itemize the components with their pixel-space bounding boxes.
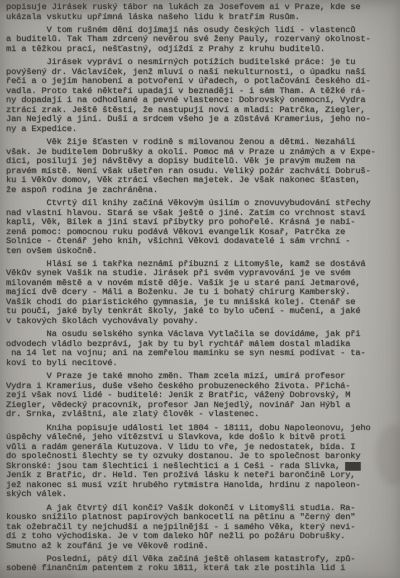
text-line: ukázala vskutku upřímná láska našeho lid… [6,13,398,23]
text-line: Vašík chodí do piaristického gymnasia, j… [6,298,398,308]
text-line: Věk žije šťasten v rodině s milovanou že… [6,138,398,148]
text-line: dí z toho východiska. Je v tom daleko hů… [6,532,398,542]
text-line: tak ožebračil ty nejchudší a nejpilnější… [6,523,398,533]
text-line: mi a těžkou prací, nešťastný, odjíždí z … [6,45,398,55]
text-line: kapli, Věk, Bílek a jiní staví příbytky … [6,218,398,228]
text-line: koví to byli necitové. [6,359,398,369]
text-line: Kniha popisuje události let 1804 - 18111… [6,424,398,434]
text-line: na 14 let na vojnu; ani na zemřelou mami… [6,349,398,359]
text-line: dr. Srnka, zvláštní, ale zlatý člověk - … [6,410,398,420]
text-line: Solnice - čtenář jeho knih, všichni Věko… [6,237,398,247]
paragraph: Hlásí se i takřka neznámí příbuzní z Lit… [6,260,398,327]
text-line: ten ovšem úskočně. [6,247,398,257]
text-line: pravém místě. Není však ušetřen ran osud… [6,167,398,177]
text-line: jež nakonec si musí vzít hrubého rytmist… [6,481,398,491]
page-text: popisuje Jirásek ruský tábor na lukách z… [6,3,398,578]
text-line: zejí však noví lidé - buditelé: Jeník z … [6,391,398,401]
text-line: Čtvrtý díl knihy začíná Věkovým úsilím o… [6,199,398,209]
text-line: Jeník z Bratřic, dr. Held. Ten prožívá l… [6,471,398,481]
text-line: úspěchy válečné, jeho vítězství u Slavko… [6,433,398,443]
text-line: ny dopadají i na odhodlané a pevné vlast… [6,96,398,106]
text-line: V tom rušném dění dojímají nás osudy čes… [6,26,398,36]
text-line: Poslední, pátý díl Věka začíná ještě ohl… [6,555,398,565]
paragraph: A jak čtvrtý díl končí? Vašík dokončí v … [6,504,398,552]
text-line: ských válek. [6,490,398,500]
text-line: a buditelů. Tak Tham zdrcený nevěrou své… [6,35,398,45]
text-line: Věkův synek Vašík na studie. Jirásek při… [6,269,398,279]
text-line: milovaném městě a v novém místě děje. Va… [6,279,398,289]
text-line: sobené finančním patentem z roku 1811, k… [6,564,398,574]
text-line: Na osudu selského synka Václava Vytlačil… [6,330,398,340]
text-line: zená pomoc: pomocnou ruku podává Věkovi … [6,228,398,238]
text-line: do společnosti šlechty se ty ozvuky dost… [6,452,398,462]
text-line: A jak čtvrtý díl končí? Vašík dokončí v … [6,504,398,514]
text-line: ztrácí zrak. Ještě štěstí, že nastupují … [6,106,398,116]
paragraph: Poslední, pátý díl Věka začíná ještě ohl… [6,555,398,574]
text-line: povýšený dr. Václavíček, jenž mluví o na… [6,68,398,78]
paragraph: V tom rušném dění dojímají nás osudy čes… [6,26,398,55]
typewritten-page: popisuje Jirásek ruský tábor na lukách z… [0,0,400,578]
paragraph: Věk žije šťasten v rodině s milovanou že… [6,138,398,195]
text-line: tu poučí, jaké byly tenkrát školy, jaké … [6,307,398,317]
text-line: dici, posilují jej návštěvy a dopisy bud… [6,157,398,167]
text-line: Hlásí se i takřka neznámí příbuzní z Lit… [6,260,398,270]
text-line: ny a Expedice. [6,125,398,135]
text-line: mající dvě dcery - Máli a Boženku. Je tu… [6,288,398,298]
paragraph: Na osudu selského synka Václava Vytlačil… [6,330,398,368]
text-line: nad vlastní hlavou. Stará se však ještě … [6,209,398,219]
paragraph: Jirásek vypráví o nesmírných potížích bu… [6,58,398,134]
paragraph: Kniha popisuje události let 1804 - 18111… [6,424,398,500]
text-line: V Praze je také mnoho změn. Tham zcela m… [6,372,398,382]
text-line: Skronské: jsou tam šlechtici i nešlechti… [6,462,398,472]
text-line: řeči a o jejím hanobení a potvoření v úř… [6,77,398,87]
text-line: popisuje Jirásek ruský tábor na lukách z… [6,3,398,13]
text-line: odvodech vládlo bezpráví, jak by tu byl … [6,340,398,350]
text-line: vůli a radám generála Kutuzova. V lidu t… [6,443,398,453]
text-line: Ziegler, vědecký pracovník, profesor Jan… [6,401,398,411]
paragraph: Čtvrtý díl knihy začíná Věkovým úsilím o… [6,199,398,256]
text-line: však. Je buditelem Dobrušky a okolí. Pom… [6,148,398,158]
text-line: že aspoň rodina je zachráněna. [6,186,398,196]
paragraph: V Praze je také mnoho změn. Tham zcela m… [6,372,398,420]
text-line: kousko snížilo platnost papírových banko… [6,513,398,523]
text-line: v takových školách vychovávaly povahy. [6,317,398,327]
paragraph: popisuje Jirásek ruský tábor na lukách z… [6,3,398,22]
text-line: Jirásek vypráví o nesmírných potížích bu… [6,58,398,68]
text-line: vadla. Proto také někteří upadají v bezn… [6,87,398,97]
text-line: Smutno až k zoufání je ve Věkově rodině. [6,542,398,552]
text-line: ku i Věkův domov, Věk ztrácí všechen maj… [6,176,398,186]
text-line: Vydra i Kramerius, duše všeho českého pr… [6,382,398,392]
text-line: Jan Nejedlý a jiní. Duší a srdcem všeho … [6,115,398,125]
